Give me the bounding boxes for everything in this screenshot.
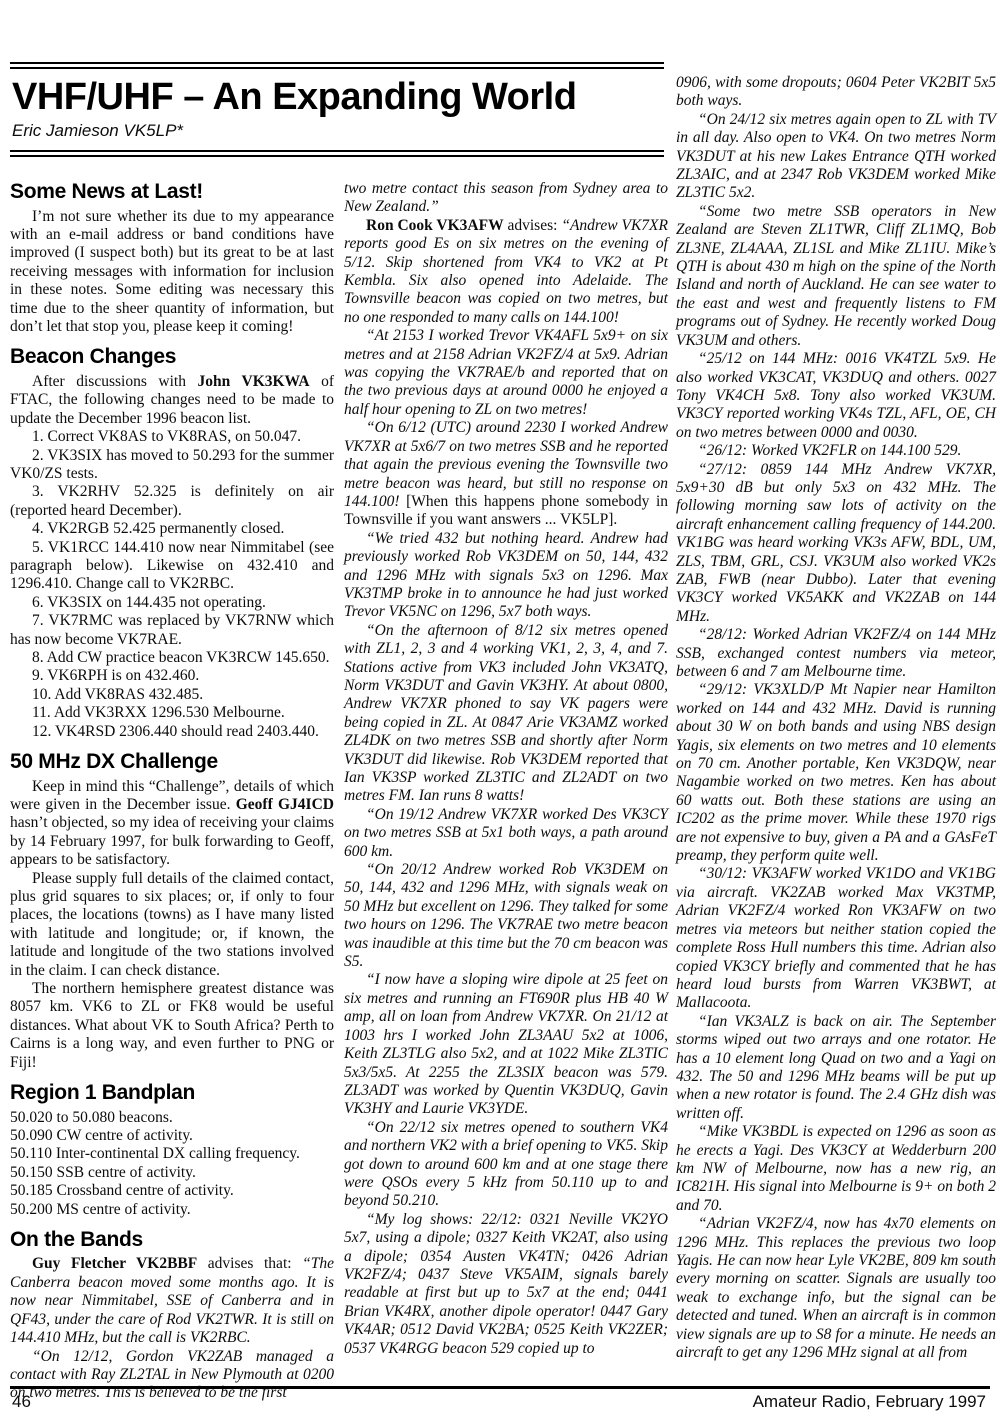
paragraph-intro: I’m not sure whether its due to my appea… — [10, 208, 334, 337]
paragraph-guy-fletcher: Guy Fletcher VK2BBF advises that: “The C… — [10, 1255, 334, 1347]
bandplan-line: 50.110 Inter-continental DX calling freq… — [10, 1145, 334, 1163]
beacon-item: 4. VK2RGB 52.425 permanently closed. — [10, 520, 334, 538]
section-heading-on-the-bands: On the Bands — [10, 1228, 334, 1252]
beacon-item: 9. VK6RPH is on 432.460. — [10, 667, 334, 685]
text-run: advises that: — [197, 1255, 302, 1272]
paragraph-quote: “My log shows: 22/12: 0321 Neville VK2YO… — [344, 1211, 668, 1358]
paragraph-quote: “At 2153 I worked Trevor VK4AFL 5x9+ on … — [344, 327, 668, 419]
header-bottom-double-rule — [10, 150, 664, 157]
paragraph-quote: “We tried 432 but nothing heard. Andrew … — [344, 530, 668, 622]
article-byline: Eric Jamieson VK5LP* — [12, 121, 664, 141]
bandplan-line: 50.200 MS centre of activity. — [10, 1201, 334, 1219]
paragraph-quote: “29/12: VK3XLD/P Mt Napier near Hamilton… — [676, 681, 996, 865]
journal-title-footer: Amateur Radio, February 1997 — [753, 1392, 986, 1412]
top-double-rule — [10, 62, 664, 69]
paragraph-quote: “Adrian VK2FZ/4, now has 4x70 elements o… — [676, 1215, 996, 1362]
paragraph-continuation: two metre contact this season from Sydne… — [344, 180, 668, 217]
paragraph-quote: “On 22/12 six metres opened to southern … — [344, 1119, 668, 1211]
paragraph-dx-1: Keep in mind this “Challenge”, details o… — [10, 778, 334, 870]
beacon-item: 11. Add VK3RXX 1296.530 Melbourne. — [10, 704, 334, 722]
page-number: 46 — [12, 1392, 31, 1412]
paragraph-quote: “On 6/12 (UTC) around 2230 I worked Andr… — [344, 419, 668, 529]
callsign-bold: John VK3KWA — [198, 373, 310, 390]
beacon-item: 3. VK2RHV 52.325 is definitely on air (r… — [10, 483, 334, 520]
bandplan-line: 50.185 Crossband centre of activity. — [10, 1182, 334, 1200]
bandplan-line: 50.090 CW centre of activity. — [10, 1127, 334, 1145]
callsign-bold: Guy Fletcher VK2BBF — [32, 1255, 197, 1272]
paragraph-continuation: 0906, with some dropouts; 0604 Peter VK2… — [676, 74, 996, 111]
section-heading-bandplan: Region 1 Bandplan — [10, 1081, 334, 1105]
paragraph-quote: “On 12/12, Gordon VK2ZAB managed a conta… — [10, 1348, 334, 1403]
column-2: two metre contact this season from Sydne… — [344, 180, 668, 1358]
section-heading-some-news: Some News at Last! — [10, 180, 334, 204]
beacon-item: 6. VK3SIX on 144.435 not operating. — [10, 594, 334, 612]
paragraph-quote: “Some two metre SSB operators in New Zea… — [676, 203, 996, 350]
paragraph-beacon-intro: After discussions with John VK3KWA of FT… — [10, 373, 334, 428]
paragraph-dx-3: The northern hemisphere greatest distanc… — [10, 980, 334, 1072]
paragraph-quote: “I now have a sloping wire dipole at 25 … — [344, 971, 668, 1118]
paragraph-dx-2: Please supply full details of the claime… — [10, 870, 334, 980]
callsign-bold: Geoff GJ4ICD — [236, 796, 334, 813]
paragraph-ron-cook: Ron Cook VK3AFW advises: “Andrew VK7XR r… — [344, 217, 668, 327]
beacon-item: 2. VK3SIX has moved to 50.293 for the su… — [10, 447, 334, 484]
paragraph-quote: “Ian VK3ALZ is back on air. The Septembe… — [676, 1013, 996, 1123]
text-run: After discussions with — [32, 373, 198, 390]
magazine-page: VHF/UHF – An Expanding World Eric Jamies… — [0, 0, 1000, 1418]
beacon-item: 1. Correct VK8AS to VK8RAS, on 50.047. — [10, 428, 334, 446]
paragraph-quote: “30/12: VK3AFW worked VK1DO and VK1BG vi… — [676, 865, 996, 1012]
article-header: VHF/UHF – An Expanding World Eric Jamies… — [10, 62, 664, 157]
beacon-item: 7. VK7RMC was replaced by VK7RNW which h… — [10, 612, 334, 649]
paragraph-quote: “27/12: 0859 144 MHz Andrew VK7XR, 5x9+3… — [676, 461, 996, 627]
callsign-bold: Ron Cook VK3AFW — [366, 217, 504, 234]
footer-rule — [10, 1386, 990, 1389]
paragraph-quote: “28/12: Worked Adrian VK2FZ/4 on 144 MHz… — [676, 626, 996, 681]
section-heading-beacon-changes: Beacon Changes — [10, 345, 334, 369]
column-1: Some News at Last! I’m not sure whether … — [10, 180, 334, 1403]
beacon-item: 10. Add VK8RAS 432.485. — [10, 686, 334, 704]
paragraph-quote: “On 19/12 Andrew VK7XR worked Des VK3CY … — [344, 806, 668, 861]
bandplan-line: 50.150 SSB centre of activity. — [10, 1164, 334, 1182]
column-3: 0906, with some dropouts; 0604 Peter VK2… — [676, 74, 996, 1362]
paragraph-quote: “26/12: Worked VK2FLR on 144.100 529. — [676, 442, 996, 460]
paragraph-quote: “On 20/12 Andrew worked Rob VK3DEM on 50… — [344, 861, 668, 971]
text-run: advises: — [504, 217, 562, 234]
article-title: VHF/UHF – An Expanding World — [12, 76, 664, 119]
beacon-item: 8. Add CW practice beacon VK3RCW 145.650… — [10, 649, 334, 667]
paragraph-quote: “Mike VK3BDL is expected on 1296 as soon… — [676, 1123, 996, 1215]
beacon-item: 12. VK4RSD 2306.440 should read 2403.440… — [10, 723, 334, 741]
paragraph-quote: “On 24/12 six metres again open to ZL wi… — [676, 111, 996, 203]
text-run: hasn’t objected, so my idea of receiving… — [10, 814, 334, 868]
beacon-item: 5. VK1RCC 144.410 now near Nimmitabel (s… — [10, 539, 334, 594]
bandplan-line: 50.020 to 50.080 beacons. — [10, 1109, 334, 1127]
paragraph-quote: “25/12 on 144 MHz: 0016 VK4TZL 5x9. He a… — [676, 350, 996, 442]
paragraph-quote: “On the afternoon of 8/12 six metres ope… — [344, 622, 668, 806]
section-heading-dx-challenge: 50 MHz DX Challenge — [10, 750, 334, 774]
